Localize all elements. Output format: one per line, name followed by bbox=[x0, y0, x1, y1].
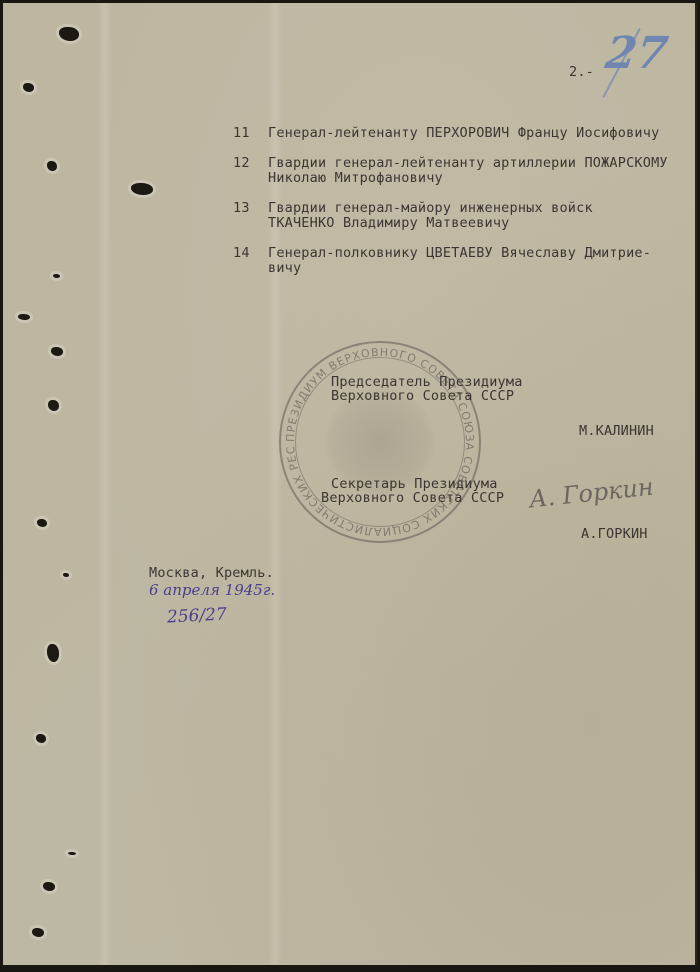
binding-hole bbox=[47, 161, 57, 171]
entry-number: 13 bbox=[233, 201, 250, 216]
entry-line: Гвардии генерал-майору инженерных войск bbox=[268, 201, 593, 216]
entry-line: вичу bbox=[268, 261, 301, 276]
binding-hole bbox=[43, 882, 55, 891]
place: Москва, Кремль. bbox=[149, 566, 274, 581]
binding-hole bbox=[53, 274, 60, 278]
binding-hole bbox=[32, 928, 44, 937]
binding-hole bbox=[131, 183, 153, 195]
binding-hole bbox=[51, 347, 63, 356]
document-page: 2.- 27 11 Генерал-лейтенанту ПЕРХОРОВИЧ … bbox=[3, 3, 697, 965]
binding-hole bbox=[59, 27, 79, 41]
entry-number: 11 bbox=[233, 126, 250, 141]
binding-hole bbox=[68, 852, 76, 855]
binding-hole bbox=[63, 573, 69, 577]
page-number: 2.- bbox=[569, 65, 594, 80]
chairman-name: М.КАЛИНИН bbox=[579, 424, 654, 439]
paper-fold bbox=[268, 3, 282, 965]
date-handwritten: 6 апреля 1945г. bbox=[149, 581, 275, 599]
chairman-title-line: Верховного Совета СССР bbox=[331, 389, 514, 404]
secretary-name: А.ГОРКИН bbox=[581, 527, 648, 542]
entry-number: 14 bbox=[233, 246, 250, 261]
entry-line: Генерал-лейтенанту ПЕРХОРОВИЧ Францу Иос… bbox=[268, 126, 659, 141]
entry-line: Николаю Митрофановичу bbox=[268, 171, 443, 186]
entry-line: Гвардии генерал-лейтенанту артиллерии ПО… bbox=[268, 156, 668, 171]
paper-fold bbox=[98, 3, 112, 965]
binding-hole bbox=[36, 734, 46, 743]
official-seal-stamp: ПРЕЗИДИУМ ВЕРХОВНОГО СОВЕТА СОЮЗА СОВЕТС… bbox=[279, 341, 481, 543]
reference-handwritten: 256/27 bbox=[167, 604, 228, 627]
entry-line: ТКАЧЕНКО Владимиру Матвеевичу bbox=[268, 216, 510, 231]
secretary-title-line: Верховного Совета СССР bbox=[321, 491, 504, 506]
binding-hole bbox=[47, 644, 59, 662]
svg-text:ПРЕЗИДИУМ ВЕРХОВНОГО СОВЕТА СО: ПРЕЗИДИУМ ВЕРХОВНОГО СОВЕТА СОЮЗА СОВЕТС… bbox=[281, 343, 476, 538]
binding-hole bbox=[23, 83, 34, 92]
secretary-signature: А. Горкин bbox=[528, 473, 655, 514]
binding-hole bbox=[37, 519, 47, 527]
entry-line: Генерал-полковнику ЦВЕТАЕВУ Вячеславу Дм… bbox=[268, 246, 651, 261]
binding-hole bbox=[18, 314, 30, 320]
binding-hole bbox=[48, 400, 59, 411]
entry-number: 12 bbox=[233, 156, 250, 171]
stamp-ring-text: ПРЕЗИДИУМ ВЕРХОВНОГО СОВЕТА СОЮЗА СОВЕТС… bbox=[281, 343, 479, 541]
